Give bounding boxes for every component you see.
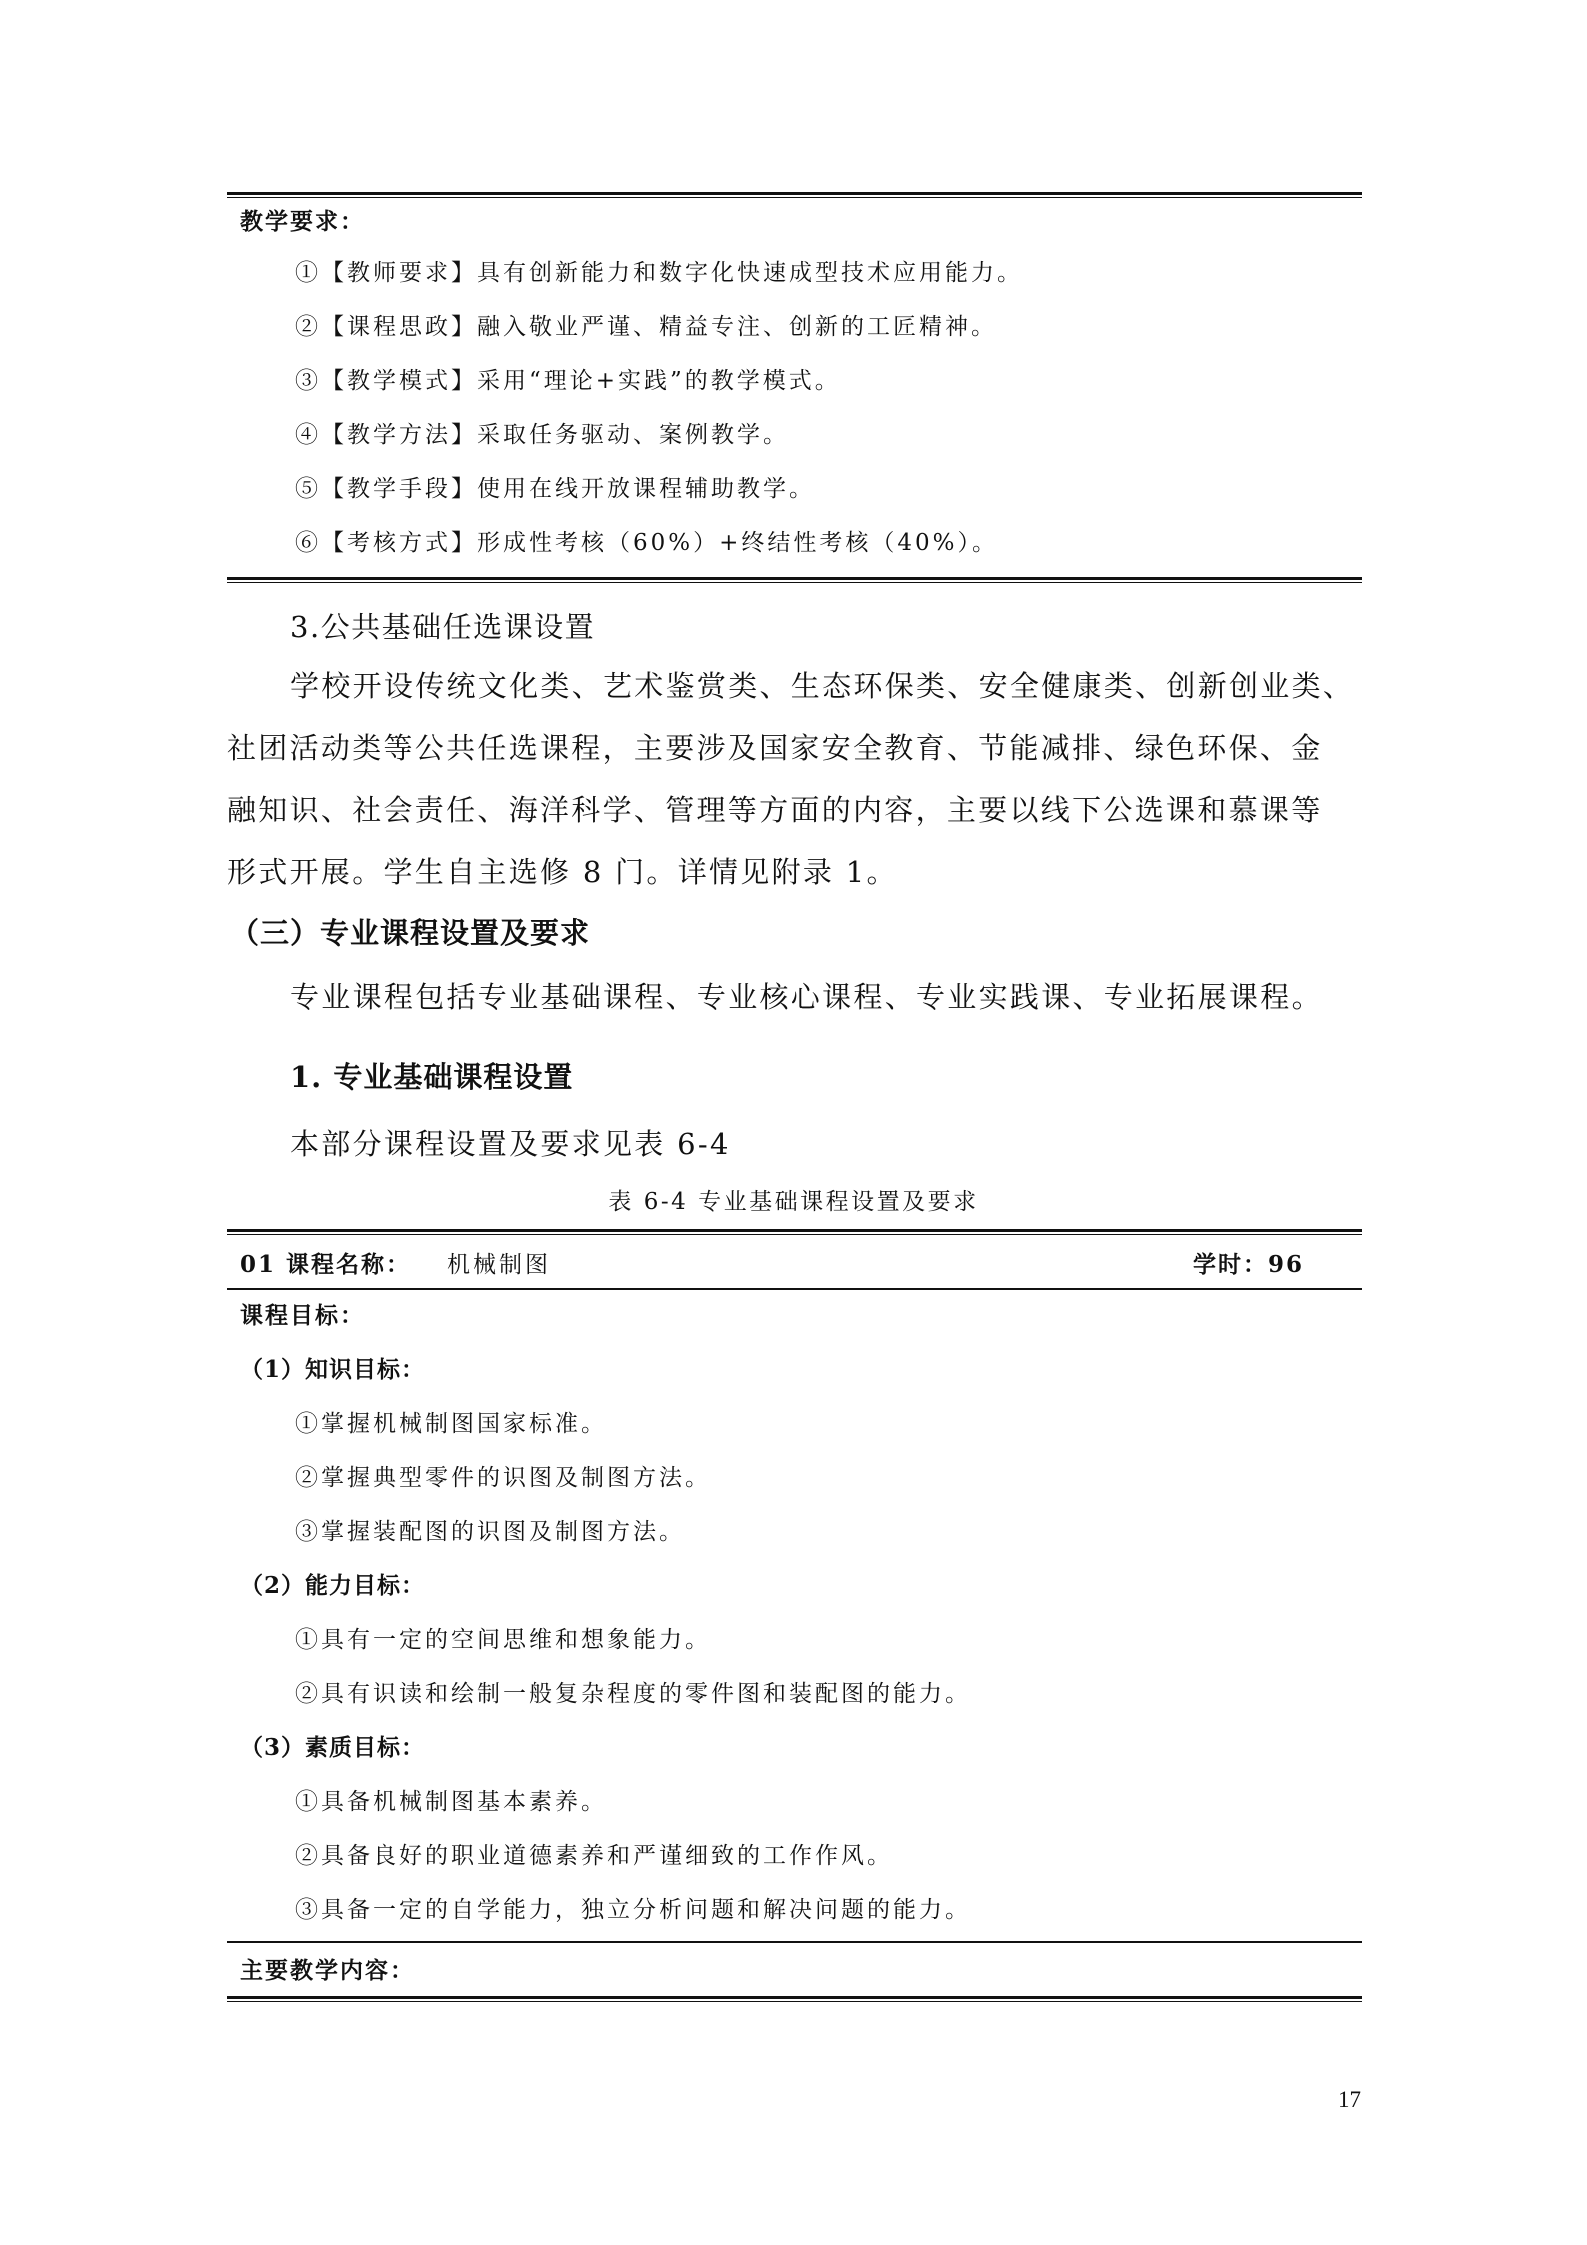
section-3-heading: 3.公共基础任选课设置 [290, 605, 595, 646]
section-3-paragraph-line: 社团活动类等公共任选课程，主要涉及国家安全教育、节能减排、绿色环保、金 [227, 726, 1323, 767]
section-san-heading: （三）专业课程设置及要求 [230, 911, 590, 952]
objective-group-title: （2）能力目标： [240, 1567, 425, 1600]
table-row-divider [227, 1941, 1362, 1943]
objective-item: ③具备一定的自学能力，独立分析问题和解决问题的能力。 [295, 1891, 971, 1924]
objective-item: ①具有一定的空间思维和想象能力。 [295, 1621, 711, 1654]
table-caption: 表 6-4 专业基础课程设置及要求 [0, 1183, 1587, 1216]
table-bottom-double-rule [227, 1996, 1362, 2002]
requirement-item: ⑤【教学手段】使用在线开放课程辅助教学。 [295, 470, 815, 503]
objective-group-title: （1）知识目标： [240, 1351, 425, 1384]
section-3-paragraph-line: 融知识、社会责任、海洋科学、管理等方面的内容，主要以线下公选课和慕课等 [227, 788, 1323, 829]
subsection-1-paragraph: 本部分课程设置及要求见表 6-4 [290, 1122, 731, 1163]
requirement-item: ⑥【考核方式】形成性考核（60%）+终结性考核（40%）。 [295, 524, 998, 557]
document-page: 教学要求： ①【教师要求】具有创新能力和数字化快速成型技术应用能力。 ②【课程思… [0, 0, 1587, 2245]
objective-item: ③掌握装配图的识图及制图方法。 [295, 1513, 685, 1546]
objective-item: ②具备良好的职业道德素养和严谨细致的工作作风。 [295, 1837, 893, 1870]
objective-item: ②掌握典型零件的识图及制图方法。 [295, 1459, 711, 1492]
objective-item: ②具有识读和绘制一般复杂程度的零件图和装配图的能力。 [295, 1675, 971, 1708]
teaching-requirements-title: 教学要求： [240, 203, 365, 236]
table-top-double-rule [227, 1229, 1362, 1235]
subsection-1-heading: 1. 专业基础课程设置 [290, 1055, 573, 1096]
main-content-title: 主要教学内容： [240, 1952, 415, 1985]
objective-item: ①具备机械制图基本素养。 [295, 1783, 607, 1816]
course-label: 01 课程名称： [240, 1246, 411, 1279]
page-number: 17 [1338, 2087, 1361, 2113]
course-name: 机械制图 [447, 1246, 551, 1279]
table-row-divider [227, 1288, 1362, 1290]
box-bottom-double-rule [227, 577, 1362, 583]
course-hours: 学时：96 [1193, 1246, 1304, 1279]
objective-item: ①掌握机械制图国家标准。 [295, 1405, 607, 1438]
section-3-paragraph-line: 形式开展。学生自主选修 8 门。详情见附录 1。 [227, 850, 898, 891]
section-3-paragraph-line: 学校开设传统文化类、艺术鉴赏类、生态环保类、安全健康类、创新创业类、 [290, 664, 1354, 705]
requirement-item: ②【课程思政】融入敬业严谨、精益专注、创新的工匠精神。 [295, 308, 997, 341]
requirement-item: ①【教师要求】具有创新能力和数字化快速成型技术应用能力。 [295, 254, 1023, 287]
section-san-paragraph: 专业课程包括专业基础课程、专业核心课程、专业实践课、专业拓展课程。 [290, 975, 1323, 1016]
box-top-double-rule [227, 192, 1362, 198]
requirement-item: ④【教学方法】采取任务驱动、案例教学。 [295, 416, 789, 449]
objective-group-title: （3）素质目标： [240, 1729, 425, 1762]
requirement-item: ③【教学模式】采用“理论+实践”的教学模式。 [295, 362, 841, 395]
objectives-title: 课程目标： [240, 1297, 365, 1330]
